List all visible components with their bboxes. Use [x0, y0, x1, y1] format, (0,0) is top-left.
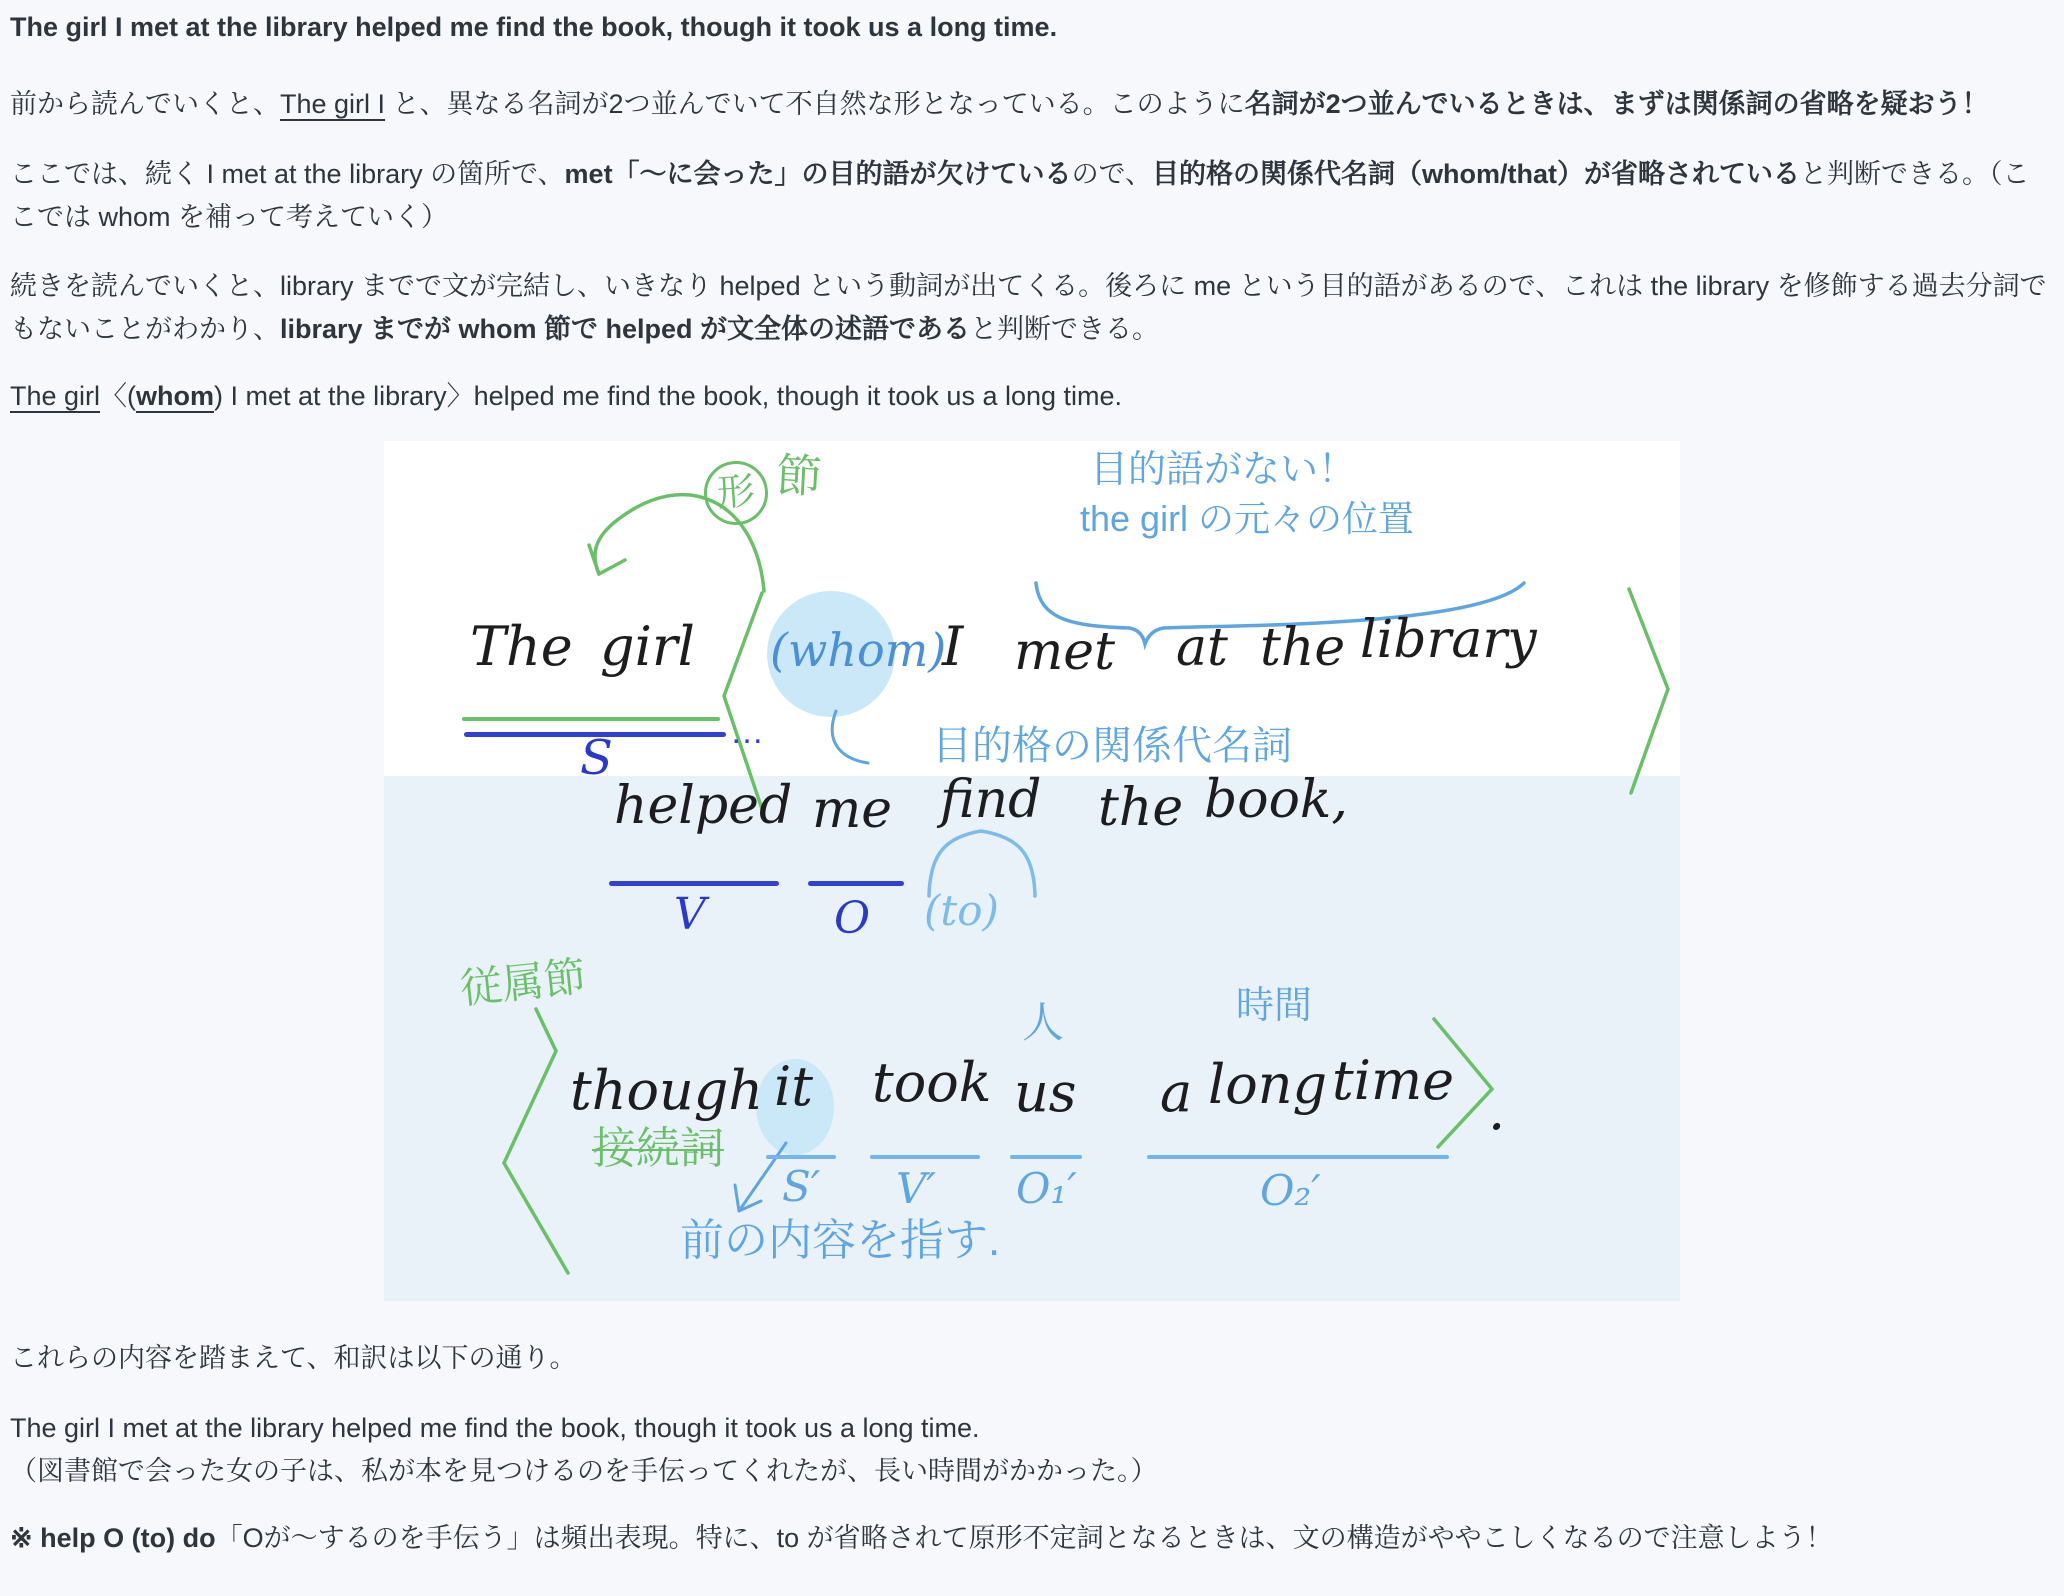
example-sentence-text: The girl I met at the library helped me … [10, 12, 1057, 42]
hw-me: me [812, 789, 892, 832]
hw-book: book, [1204, 779, 1348, 822]
label-subject: S [580, 737, 613, 780]
bold-underlined-whom: whom [136, 381, 214, 411]
person-note: 人 [1022, 1001, 1064, 1044]
us-underline [1010, 1155, 1082, 1159]
example-sentence: The girl I met at the library helped me … [10, 6, 2054, 49]
help-note-text: 「Oが〜するのを手伝う」は頻出表現。特に、to が省略されて原形不定詞となるとき… [216, 1523, 1833, 1553]
hw-library: library [1360, 619, 1537, 662]
a-long-time-underline [1147, 1155, 1449, 1159]
refers-previous-note: 前の内容を指す. [680, 1219, 1000, 1262]
bold-met-object-missing: met「〜に会った」の目的語が欠けている [565, 159, 1072, 189]
paragraph-noun-sequence: 前から読んでいくと、The girl I と、異なる名詞が2つ並んでいて不自然な… [10, 83, 2054, 126]
hw-the2: the [1260, 627, 1345, 670]
hw-whom: (whom) [770, 629, 946, 672]
hw-took: took [872, 1061, 991, 1104]
label-o1-prime: O₁′ [1016, 1167, 1077, 1210]
no-object-note: 目的語がない！ [1090, 449, 1356, 492]
took-underline [870, 1155, 980, 1159]
translation-intro-text: これらの内容を踏まえて、和訳は以下の通り。 [10, 1343, 576, 1373]
hw-i: I [942, 625, 963, 668]
hw-period: . [1488, 1089, 1505, 1132]
english-sentence-repeat: The girl I met at the library helped me … [10, 1413, 980, 1443]
hw-met: met [1014, 631, 1115, 674]
it-underline [766, 1155, 836, 1159]
me-underline [808, 881, 904, 886]
sentence-structure-diagram: The girl … (whom) I met at the library S… [384, 441, 1680, 1301]
paragraph-text: ) I met at the library〉helped me find th… [214, 381, 1122, 411]
hw-at: at [1176, 627, 1228, 670]
hw-long: long [1208, 1063, 1327, 1106]
hw-us: us [1014, 1071, 1077, 1114]
hw-it: it [774, 1065, 813, 1108]
ellipsis-dots: … [730, 711, 762, 754]
label-verb: V [674, 893, 706, 936]
paragraph-text: ので、 [1072, 159, 1152, 189]
hw-girl: girl [600, 625, 695, 668]
hw-helped: helped [614, 785, 792, 828]
hw-though: though [570, 1069, 763, 1112]
label-o2-prime: O₂′ [1260, 1169, 1321, 1212]
paragraph-text: 前から読んでいくと、 [10, 89, 280, 119]
hw-find: find [940, 779, 1041, 822]
the-girl-green-underline [462, 717, 720, 721]
underlined-the-girl-i: The girl I [280, 89, 385, 119]
adjective-kanji: 形 [716, 470, 757, 516]
hw-time: time [1332, 1059, 1454, 1102]
label-to-optional: (to) [924, 889, 999, 932]
bracket-open: 〈( [100, 381, 136, 411]
translation-block: The girl I met at the library helped me … [10, 1407, 2054, 1493]
article-body: The girl I met at the library helped me … [0, 0, 2064, 1560]
hw-the: The [470, 625, 573, 668]
paragraph-text: と判断できる。 [970, 314, 1159, 344]
label-object: O [834, 897, 870, 940]
hw-a: a [1160, 1071, 1192, 1114]
label-s-prime: S′ [782, 1165, 820, 1208]
original-position-note: the girl の元々の位置 [1080, 497, 1414, 540]
bold-rule-text: 名詞が2つ並んでいるときは、まずは関係詞の省略を疑おう！ [1245, 89, 1989, 119]
paragraph-text: と、異なる名詞が2つ並んでいて不自然な形となっている。このように [385, 89, 1245, 119]
conjunction-label: 接続詞 [592, 1127, 724, 1170]
japanese-translation: （図書館で会った女の子は、私が本を見つけるのを手伝ってくれたが、長い時間がかかっ… [10, 1456, 1158, 1486]
helped-underline [609, 881, 779, 886]
lesson-page: { "paragraphs": { "p1": "The girl I met … [0, 0, 2064, 1596]
bold-help-pattern: ※ help O (to) do [10, 1523, 216, 1553]
translation-intro: これらの内容を踏まえて、和訳は以下の通り。 [10, 1337, 2054, 1380]
time-note: 時間 [1236, 985, 1312, 1028]
bold-whom-that-omitted: 目的格の関係代名詞（whom/that）が省略されている [1152, 159, 1800, 189]
clause-kanji: 節 [775, 454, 823, 499]
paragraph-omitted-pronoun: ここでは、続く I met at the library の箇所で、met「〜に… [10, 153, 2054, 239]
label-v-prime: V′ [896, 1167, 936, 1210]
help-note: ※ help O (to) do「Oが〜するのを手伝う」は頻出表現。特に、to … [10, 1517, 2054, 1560]
relative-pronoun-note: 目的格の関係代名詞 [932, 725, 1292, 768]
underlined-the-girl: The girl [10, 381, 100, 411]
hw-the3: the [1098, 787, 1183, 830]
bracketed-sentence: The girl〈(whom) I met at the library〉hel… [10, 375, 2054, 418]
bold-whom-clause: library までが whom 節で helped が文全体の述語である [280, 314, 970, 344]
paragraph-helped-predicate: 続きを読んでいくと、library までで文が完結し、いきなり helped と… [10, 265, 2054, 351]
paragraph-text: ここでは、続く I met at the library の箇所で、 [10, 159, 565, 189]
